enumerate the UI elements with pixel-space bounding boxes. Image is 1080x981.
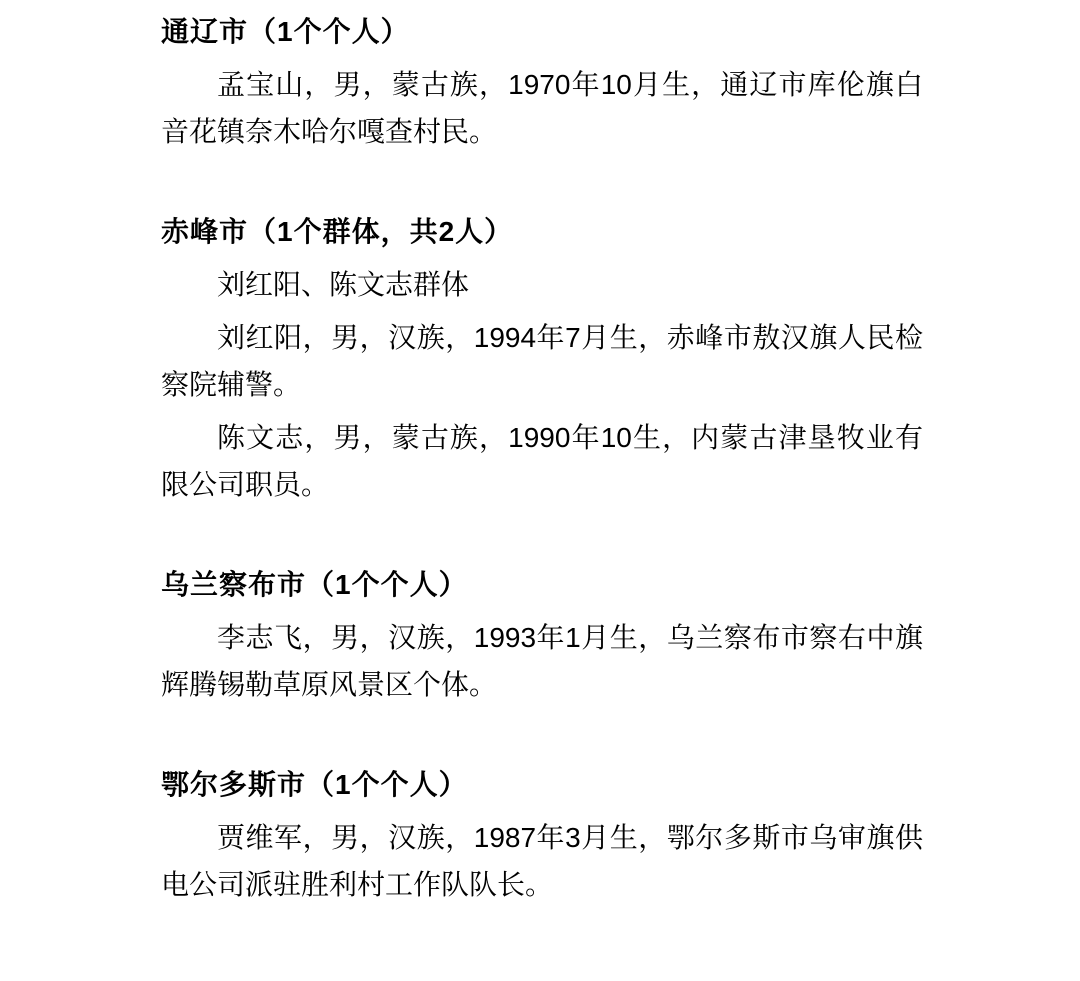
person-paragraph: 刘红阳，男，汉族，1994年7月生，赤峰市敖汉旗人民检察院辅警。 [161, 314, 923, 408]
text-line: 陈文志，男，蒙古族，1990年10生，内蒙古津垦牧业有 [161, 414, 923, 461]
text-line: 李志飞，男，汉族，1993年1月生，乌兰察布市察右中旗 [161, 614, 923, 661]
section-heading: 赤峰市（1个群体，共2人） [161, 208, 923, 255]
section-heading: 通辽市（1个个人） [161, 8, 923, 55]
text-line: 音花镇奈木哈尔嘎查村民。 [161, 108, 923, 155]
person-paragraph: 陈文志，男，蒙古族，1990年10生，内蒙古津垦牧业有限公司职员。 [161, 414, 923, 508]
city-section: 鄂尔多斯市（1个个人）贾维军，男，汉族，1987年3月生，鄂尔多斯市乌审旗供电公… [161, 761, 923, 908]
section-heading: 鄂尔多斯市（1个个人） [161, 761, 923, 808]
section-heading: 乌兰察布市（1个个人） [161, 561, 923, 608]
text-line: 察院辅警。 [161, 361, 923, 408]
text-line: 电公司派驻胜利村工作队队长。 [161, 861, 923, 908]
city-section: 乌兰察布市（1个个人）李志飞，男，汉族，1993年1月生，乌兰察布市察右中旗辉腾… [161, 561, 923, 708]
text-line: 刘红阳、陈文志群体 [161, 261, 923, 308]
text-line: 刘红阳，男，汉族，1994年7月生，赤峰市敖汉旗人民检 [161, 314, 923, 361]
text-line: 辉腾锡勒草原风景区个体。 [161, 661, 923, 708]
text-line: 限公司职员。 [161, 461, 923, 508]
person-paragraph: 贾维军，男，汉族，1987年3月生，鄂尔多斯市乌审旗供电公司派驻胜利村工作队队长… [161, 814, 923, 908]
person-paragraph: 刘红阳、陈文志群体 [161, 261, 923, 308]
text-line: 孟宝山，男，蒙古族，1970年10月生，通辽市库伦旗白 [161, 61, 923, 108]
document-page: 通辽市（1个个人）孟宝山，男，蒙古族，1970年10月生，通辽市库伦旗白音花镇奈… [0, 0, 1080, 908]
city-section: 赤峰市（1个群体，共2人）刘红阳、陈文志群体刘红阳，男，汉族，1994年7月生，… [161, 208, 923, 508]
person-paragraph: 孟宝山，男，蒙古族，1970年10月生，通辽市库伦旗白音花镇奈木哈尔嘎查村民。 [161, 61, 923, 155]
person-paragraph: 李志飞，男，汉族，1993年1月生，乌兰察布市察右中旗辉腾锡勒草原风景区个体。 [161, 614, 923, 708]
city-section: 通辽市（1个个人）孟宝山，男，蒙古族，1970年10月生，通辽市库伦旗白音花镇奈… [161, 8, 923, 155]
text-line: 贾维军，男，汉族，1987年3月生，鄂尔多斯市乌审旗供 [161, 814, 923, 861]
